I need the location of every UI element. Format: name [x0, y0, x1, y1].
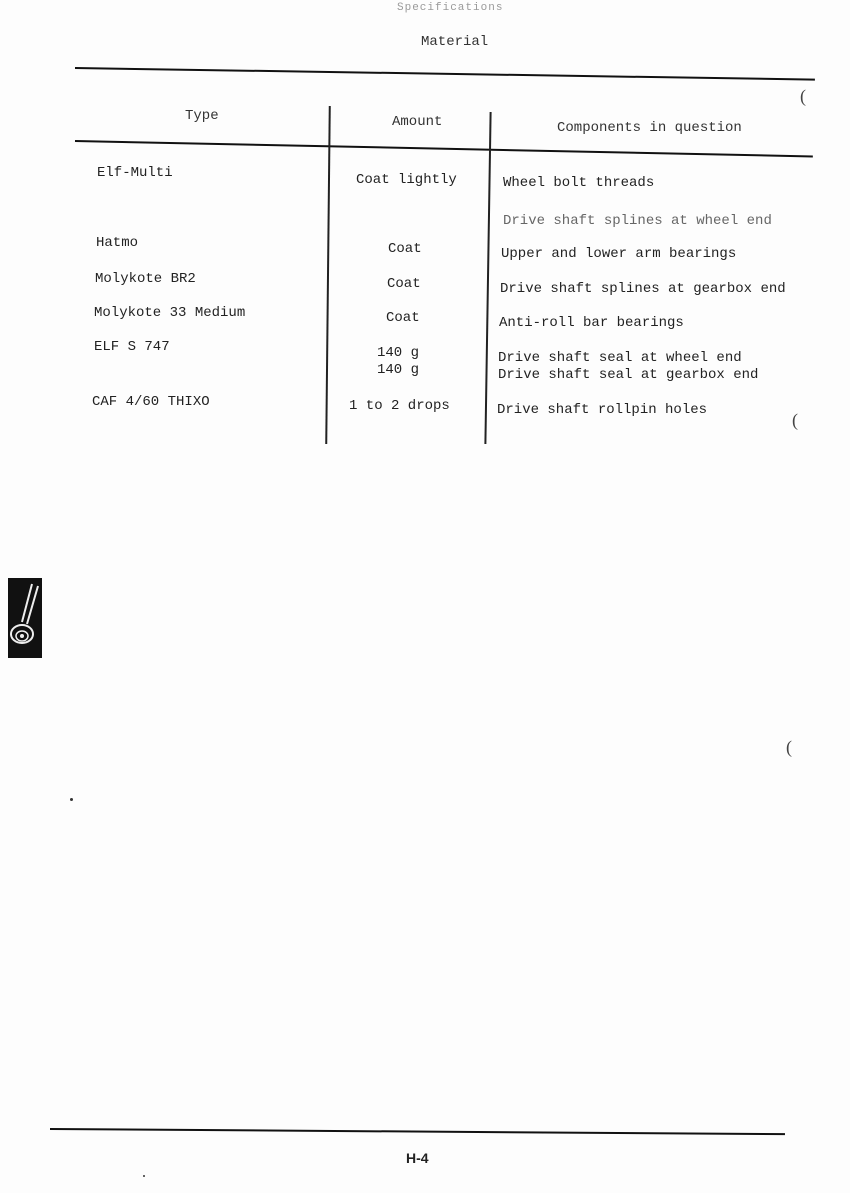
table-cell-components: Upper and lower arm bearings	[501, 246, 736, 262]
table-cell-components: Drive shaft seal at gearbox end	[498, 367, 758, 383]
table-cell-amount: 140 g	[377, 345, 419, 361]
margin-mark: (	[792, 410, 798, 431]
header-rule	[75, 140, 813, 157]
table-cell-type: Molykote BR2	[95, 271, 196, 287]
margin-mark: (	[800, 86, 806, 107]
table-cell-type: ELF S 747	[94, 339, 170, 355]
table-cell-type: Hatmo	[96, 235, 138, 251]
table-cell-components: Drive shaft splines at wheel end	[503, 213, 772, 229]
table-cell-components: Drive shaft seal at wheel end	[498, 350, 742, 366]
page-title: Material	[421, 34, 488, 50]
margin-mark: (	[786, 737, 792, 758]
table-cell-components: Drive shaft splines at gearbox end	[500, 281, 786, 297]
column-header-components: Components in question	[557, 120, 742, 136]
table-cell-type: CAF 4/60 THIXO	[92, 394, 210, 410]
table-cell-type: Molykote 33 Medium	[94, 305, 245, 321]
table-cell-amount: 140 g	[377, 362, 419, 378]
table-cell-amount: Coat lightly	[356, 172, 457, 188]
column-divider-2	[484, 112, 491, 444]
scan-speck	[70, 798, 73, 801]
top-rule	[75, 67, 815, 81]
table-cell-components: Drive shaft rollpin holes	[497, 402, 707, 418]
table-cell-components: Anti-roll bar bearings	[499, 315, 684, 331]
column-divider-1	[325, 106, 330, 444]
table-cell-components: Wheel bolt threads	[503, 175, 654, 191]
table-cell-amount: Coat	[387, 276, 421, 292]
running-header: Specifications	[397, 2, 503, 14]
scan-speck	[143, 1175, 145, 1177]
table-cell-amount: 1 to 2 drops	[349, 398, 450, 414]
drive-shaft-section-icon	[8, 578, 42, 658]
bottom-rule	[50, 1128, 785, 1135]
table-cell-amount: Coat	[386, 310, 420, 326]
page-number: H-4	[406, 1150, 429, 1166]
column-header-amount: Amount	[392, 114, 442, 130]
table-cell-type: Elf-Multi	[97, 165, 173, 181]
column-header-type: Type	[185, 108, 219, 124]
table-cell-amount: Coat	[388, 241, 422, 257]
